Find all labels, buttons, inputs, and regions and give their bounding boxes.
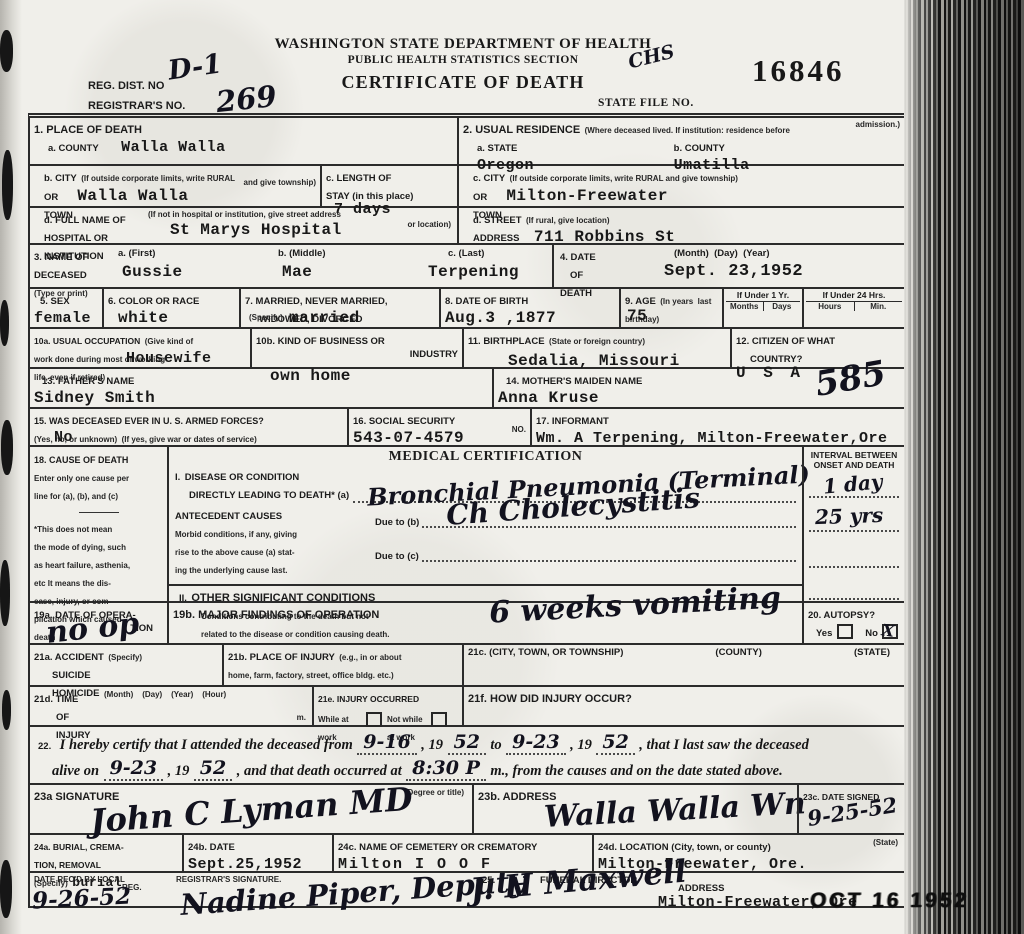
time-of-injury-m: m.: [297, 713, 306, 722]
hospital-value: St Marys Hospital: [170, 221, 342, 239]
cause-c-blank: [422, 546, 796, 562]
field-date-of-death: 4. DATE OF DEATH (Month) (Day) (Year) Se…: [552, 245, 904, 287]
birthplace-note: (State or foreign country): [549, 337, 645, 346]
dod-columns: (Month) (Day) (Year): [674, 248, 770, 259]
antecedent-label: ANTECEDENT CAUSES: [175, 511, 282, 522]
residence-or-label: OR: [473, 192, 487, 203]
age-note1: (In years: [660, 297, 693, 306]
cause-note3: *This does not mean: [34, 525, 112, 534]
burial-label2: TION, REMOVAL: [34, 860, 101, 870]
cert-from-year: 52: [448, 731, 486, 755]
antecedent-note1: Morbid conditions, if any, giving: [175, 530, 297, 539]
informant-label: 17. INFORMANT: [536, 416, 609, 427]
field-physician-address: 23b. ADDRESS Walla Walla Wn: [472, 785, 797, 833]
city-of-death-value: Walla Walla: [77, 187, 188, 205]
residence-city-value: Milton-Freewater: [506, 187, 668, 205]
stay-label1: c. LENGTH OF: [326, 173, 391, 184]
accident-note: (Specify): [108, 653, 142, 662]
cause-note5: as heart failure, asthenia,: [34, 561, 130, 570]
autopsy-no-label: No: [865, 628, 878, 639]
occupation-label: 10a. USUAL OCCUPATION: [34, 336, 140, 346]
field-major-findings: 19b. MAJOR FINDINGS OF OPERATION: [167, 603, 802, 643]
field-burial-date: 24b. DATE Sept.25,1952: [182, 835, 332, 871]
citizen-label1: 12. CITIZEN OF WHAT: [736, 336, 835, 347]
interval-b-value: 25 yrs: [815, 503, 884, 529]
injury-state-label: (STATE): [854, 647, 890, 683]
scan-artifact: [0, 30, 13, 72]
injury-occurred-label: 21e. INJURY OCCURRED: [318, 694, 419, 704]
mother-value: Anna Kruse: [498, 389, 599, 407]
field-under-24hrs: If Under 24 Hrs. Hours Min.: [802, 289, 904, 327]
field-date-signed: 23c. DATE SIGNED 9-25-52: [797, 785, 904, 833]
field-physician-signature: 23a SIGNATURE (Degree or title) John C L…: [30, 785, 472, 833]
field-informant: 17. INFORMANT Wm. A Terpening, Milton-Fr…: [530, 409, 904, 445]
received-date-stamp: OCT 16 1952: [809, 889, 970, 913]
date-recd-value: 9-26-52: [31, 882, 131, 914]
scan-right-edge: [904, 0, 1024, 934]
time-of-injury-label2: OF: [56, 712, 69, 723]
field-certification-statement: 22. I hereby certify that I attended the…: [30, 727, 904, 783]
field-occupation: 10a. USUAL OCCUPATION (Give kind of work…: [30, 329, 250, 367]
armed-forces-value: No: [54, 429, 73, 446]
cert-to-year: 52: [596, 731, 634, 755]
field-injury-location: 21c. (CITY, TOWN, OR TOWNSHIP) (COUNTY) …: [462, 645, 904, 685]
injury-city-label: 21c. (CITY, TOWN, OR TOWNSHIP): [468, 647, 623, 683]
field-city-of-death: b. CITY (If outside corporate limits, wr…: [30, 166, 320, 206]
dod-label2: OF: [570, 270, 583, 281]
field-place-of-injury: 21b. PLACE OF INJURY (e.g., in or about …: [222, 645, 462, 685]
interval-d-blank: [809, 568, 899, 600]
field-armed-forces: 15. WAS DECEASED EVER IN U. S. ARMED FOR…: [30, 409, 347, 445]
cert-number: 22.: [38, 741, 51, 752]
occupation-note1: (Give kind of: [145, 337, 193, 346]
accident-label: 21a. ACCIDENT: [34, 652, 104, 663]
name-label1: 3. NAME OF: [34, 252, 88, 263]
cert-text-1: I hereby certify that I attended the dec…: [60, 737, 353, 753]
medical-certification-title: MEDICAL CERTIFICATION: [175, 449, 796, 465]
field-street-address: d. STREET (If rural, give location) ADDR…: [457, 208, 904, 243]
or-label: OR: [44, 192, 58, 203]
marital-label3: (Specify): [249, 313, 283, 322]
not-at-work-label1: Not while: [387, 715, 423, 724]
cert-death-time: 8:30 P: [406, 757, 486, 781]
cert-text-8: , and that death occurred at: [237, 763, 402, 779]
interval-a-value: 1 day: [822, 470, 883, 499]
field-length-of-stay: c. LENGTH OF STAY (in this place) 7 days: [320, 166, 457, 206]
first-name-value: Gussie: [122, 263, 183, 281]
field-industry: 10b. KIND OF BUSINESS OR INDUSTRY own ho…: [250, 329, 462, 367]
under-1yr-label: If Under 1 Yr.: [726, 290, 800, 300]
months-label: Months: [726, 302, 763, 311]
age-label: 9. AGE: [625, 296, 656, 307]
while-at-work-checkbox: [366, 712, 382, 727]
burial-date-label: 24b. DATE: [188, 842, 235, 853]
marital-label1: 7. MARRIED, NEVER MARRIED,: [245, 296, 388, 307]
residence-city-label: c. CITY: [473, 173, 505, 184]
ssn-no-label: NO.: [512, 425, 526, 434]
field-date-of-operation: 19a. DATE OF OPERA- TION no op: [30, 603, 167, 643]
field-interval: INTERVAL BETWEEN ONSET AND DEATH 1 day 2…: [802, 447, 904, 601]
scan-left-edge: [0, 0, 22, 934]
field-sex: 5. SEX female: [30, 289, 102, 327]
reg-dist-value: D-1: [166, 48, 224, 86]
street-value: 711 Robbins St: [534, 228, 675, 246]
cert-text-4: , 19: [570, 737, 592, 753]
field-birthplace: 11. BIRTHPLACE (State or foreign country…: [462, 329, 730, 367]
ssn-label: 16. SOCIAL SECURITY: [353, 416, 455, 427]
due-to-c-label: Due to (c): [375, 551, 419, 562]
field-marital-status: 7. MARRIED, NEVER MARRIED, WIDOWED, DIVO…: [239, 289, 439, 327]
cert-text-9: m., from the causes and on the date stat…: [490, 763, 782, 779]
suicide-label: SUICIDE: [52, 670, 91, 681]
degree-label: (Degree or title): [405, 788, 464, 797]
field-accident-suicide-homicide: 21a. ACCIDENT (Specify) SUICIDE HOMICIDE: [30, 645, 222, 685]
autopsy-no-checkbox: X: [882, 624, 898, 639]
autopsy-no-mark: X: [881, 620, 896, 641]
armed-forces-label: 15. WAS DECEASED EVER IN U. S. ARMED FOR…: [34, 416, 264, 426]
dod-label1: 4. DATE: [560, 252, 596, 263]
time-of-injury-columns: (Month) (Day) (Year) (Hour): [104, 690, 226, 699]
scan-artifact: [0, 300, 9, 346]
hospital-note1: (If not in hospital or institution, give…: [148, 210, 341, 219]
major-findings-label: 19b. MAJOR FINDINGS OF OPERATION: [173, 609, 379, 621]
industry-label1: 10b. KIND OF BUSINESS OR: [256, 336, 385, 347]
certificate-title: CERTIFICATE OF DEATH: [238, 72, 688, 93]
days-label: Days: [763, 302, 801, 311]
field-under-1yr: If Under 1 Yr. Months Days: [722, 289, 802, 327]
scan-artifact: [2, 150, 13, 220]
county-label: a. COUNTY: [48, 143, 99, 154]
address-label: ADDRESS: [473, 233, 519, 244]
field-date-of-birth: 8. DATE OF BIRTH Aug.3 ,1877: [439, 289, 619, 327]
death-certificate-scan: WASHINGTON STATE DEPARTMENT OF HEALTH PU…: [0, 0, 1024, 934]
field-time-of-injury: 21d. TIME OF INJURY (Month) (Day) (Year)…: [30, 687, 312, 725]
antecedent-note2: rise to the above cause (a) stat-: [175, 548, 295, 557]
field-place-of-death: 1. PLACE OF DEATH a. COUNTY Walla Walla: [30, 118, 457, 164]
cert-text-3: to: [490, 737, 501, 753]
cert-text-7: , 19: [168, 763, 190, 779]
county-value: Walla Walla: [121, 139, 226, 156]
field-registration-footer: DATE REC'D BY LOCAL REG. 9-26-52 REGISTR…: [30, 873, 904, 911]
registrar-no-label: REGISTRAR'S NO.: [88, 100, 185, 113]
under-24hrs-label: If Under 24 Hrs.: [806, 290, 902, 300]
field-residence-city: c. CITY (If outside corporate limits, wr…: [457, 166, 904, 206]
state-file-number: 16846: [752, 53, 845, 89]
autopsy-yes-label: Yes: [816, 628, 832, 639]
cause-label: 18. CAUSE OF DEATH: [34, 455, 128, 465]
place-of-injury-note1: (e.g., in or about: [339, 653, 401, 662]
scan-artifact: [1, 420, 13, 475]
field-father-name: 13. FATHER'S NAME Sidney Smith: [30, 369, 492, 407]
cert-alive-year: 52: [194, 757, 232, 781]
due-to-b-label: Due to (b): [375, 517, 419, 528]
certificate-paper: WASHINGTON STATE DEPARTMENT OF HEALTH PU…: [0, 0, 1024, 934]
how-injury-label: 21f. HOW DID INJURY OCCUR?: [468, 693, 632, 705]
burial-location-label: 24d. LOCATION (City, town, or county): [598, 842, 771, 853]
industry-label2: INDUSTRY: [410, 349, 458, 360]
armed-forces-note1: (Yes, no, or unknown): [34, 435, 117, 444]
cause-note1: Enter only one cause per: [34, 474, 129, 483]
name-label2: DECEASED: [34, 270, 87, 281]
place-of-death-label: 1. PLACE OF DEATH: [34, 124, 142, 136]
injury-county-label: (COUNTY): [715, 647, 761, 683]
while-at-work-label1: While at: [318, 715, 349, 724]
city-label: b. CITY: [44, 173, 77, 184]
autopsy-yes-checkbox: [837, 624, 853, 639]
department-title: WASHINGTON STATE DEPARTMENT OF HEALTH: [238, 36, 688, 53]
field-social-security: 16. SOCIAL SECURITY NO. 543-07-4579: [347, 409, 530, 445]
race-value: white: [118, 309, 169, 327]
field-medical-certification: MEDICAL CERTIFICATION I. DISEASE OR COND…: [167, 447, 802, 601]
age-value: 75: [627, 307, 647, 325]
cause-note2: line for (a), (b), and (c): [34, 492, 118, 501]
birthplace-label: 11. BIRTHPLACE: [468, 336, 545, 347]
min-label: Min.: [854, 302, 903, 311]
last-name-value: Terpening: [428, 263, 519, 281]
state-file-label: STATE FILE NO.: [598, 97, 694, 109]
hospital-label1: d. FULL NAME OF: [44, 215, 126, 226]
informant-value: Wm. A Terpening, Milton-Freewater,Ore: [536, 430, 888, 447]
hospital-note2: or location): [407, 220, 451, 229]
dob-label: 8. DATE OF BIRTH: [445, 296, 528, 307]
ssn-value: 543-07-4579: [353, 429, 464, 447]
scan-artifact: [2, 690, 11, 730]
field-injury-occurred: 21e. INJURY OCCURRED While at work Not w…: [312, 687, 462, 725]
scan-artifact: [0, 860, 12, 918]
physician-address-value: Walla Walla Wn: [543, 786, 806, 835]
residence-county-label: b. COUNTY: [674, 143, 725, 154]
cert-to-date: 9-23: [506, 731, 566, 755]
first-name-label: a. (First): [118, 248, 155, 259]
place-of-injury-note2: home, farm, factory, street, office bldg…: [228, 671, 394, 680]
residence-state-label: a. STATE: [477, 143, 517, 154]
hospital-label2: HOSPITAL OR: [44, 233, 108, 244]
cert-from-date: 9-16: [357, 731, 417, 755]
middle-name-label: b. (Middle): [278, 248, 326, 259]
header: WASHINGTON STATE DEPARTMENT OF HEALTH PU…: [238, 36, 688, 93]
usual-residence-note2: admission.): [856, 120, 900, 129]
antecedent-note3: ing the underlying cause last.: [175, 566, 287, 575]
burial-label1: 24a. BURIAL, CREMA-: [34, 842, 124, 852]
residence-city-note: (If outside corporate limits, write RURA…: [510, 174, 738, 183]
sex-label: 5. SEX: [40, 296, 70, 307]
not-at-work-checkbox: [431, 712, 447, 727]
birthplace-value: Sedalia, Missouri: [508, 352, 680, 370]
certificate-form: 1. PLACE OF DEATH a. COUNTY Walla Walla …: [28, 113, 906, 908]
physician-signature-value: John C Lyman MD: [89, 780, 414, 840]
field-age: 9. AGE (In years last birthday) 75: [619, 289, 722, 327]
street-note: (If rural, give location): [526, 216, 610, 225]
field-name-of-deceased: 3. NAME OF DECEASED (Type or print) a. (…: [30, 245, 552, 287]
cert-text-6: alive on: [52, 763, 99, 779]
autopsy-label: 20. AUTOPSY?: [808, 610, 875, 621]
interval-c-blank: [809, 532, 899, 568]
dod-value: Sept. 23,1952: [664, 262, 803, 281]
city-note1: (If outside corporate limits, write RURA…: [81, 174, 235, 183]
last-name-label: c. (Last): [448, 248, 484, 259]
father-label: 13. FATHER'S NAME: [42, 376, 134, 387]
disease-label2: DIRECTLY LEADING TO DEATH* (a): [189, 490, 349, 501]
interval-label1: INTERVAL BETWEEN: [809, 450, 899, 460]
cert-text-5: , that I last saw the deceased: [639, 737, 809, 753]
sex-value: female: [34, 310, 91, 327]
reg-dist-label: REG. DIST. NO: [88, 80, 164, 93]
city-note2: and give township): [244, 178, 316, 187]
field-color-or-race: 6. COLOR OR RACE white: [102, 289, 239, 327]
section-title: PUBLIC HEALTH STATISTICS SECTION: [238, 54, 688, 66]
race-label: 6. COLOR OR RACE: [108, 296, 199, 307]
armed-forces-note2: (If yes, give war or dates of service): [122, 435, 257, 444]
dob-value: Aug.3 ,1877: [445, 309, 556, 327]
time-of-injury-label1: 21d. TIME: [34, 694, 78, 705]
field-autopsy: 20. AUTOPSY? Yes No X: [802, 603, 904, 643]
middle-name-value: Mae: [282, 263, 312, 281]
field-how-injury-occurred: 21f. HOW DID INJURY OCCUR?: [462, 687, 904, 725]
field-usual-residence: 2. USUAL RESIDENCE (Where deceased lived…: [457, 118, 904, 164]
burial-location-state-label: (State): [873, 838, 898, 847]
mother-label: 14. MOTHER'S MAIDEN NAME: [506, 376, 642, 387]
cause-note4: the mode of dying, such: [34, 543, 126, 552]
scan-artifact: [0, 560, 10, 626]
occupation-value: Housewife: [126, 350, 212, 367]
hours-label: Hours: [806, 302, 854, 311]
field-cause-of-death-notes: 18. CAUSE OF DEATH Enter only one cause …: [30, 447, 167, 601]
cause-note6: etc It means the dis-: [34, 579, 111, 588]
place-of-injury-label: 21b. PLACE OF INJURY: [228, 652, 335, 663]
field-burial: 24a. BURIAL, CREMA- TION, REMOVAL (Speci…: [30, 835, 182, 871]
disease-label1: DISEASE OR CONDITION: [185, 472, 300, 483]
cert-text-2: , 19: [421, 737, 443, 753]
field-mother-name: 14. MOTHER'S MAIDEN NAME Anna Kruse 585: [492, 369, 904, 407]
father-value: Sidney Smith: [34, 389, 155, 407]
street-label: d. STREET: [473, 215, 522, 226]
usual-residence-label: 2. USUAL RESIDENCE: [463, 124, 580, 136]
cert-alive-date: 9-23: [104, 757, 164, 781]
interval-label2: ONSET AND DEATH: [809, 460, 899, 470]
cemetery-label: 24c. NAME OF CEMETERY OR CREMATORY: [338, 842, 537, 853]
marital-value: married: [289, 309, 360, 327]
field-hospital-name: d. FULL NAME OF HOSPITAL OR INSTITUTION …: [30, 208, 457, 243]
usual-residence-note: (Where deceased lived. If institution: r…: [585, 126, 790, 135]
roman-i-label: I.: [175, 472, 180, 483]
